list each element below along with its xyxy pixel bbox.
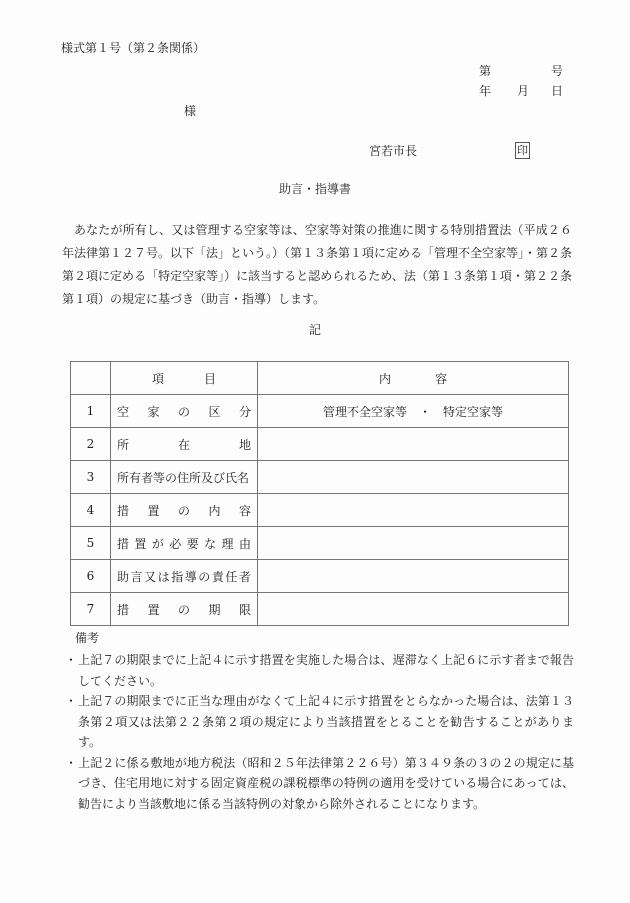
header-content-char: 内 <box>379 370 391 387</box>
item-char: 地 <box>239 436 251 453</box>
ki-heading: 記 <box>0 323 630 337</box>
item-char: 要 <box>187 535 199 552</box>
item-char: 置 <box>147 601 159 618</box>
remarks-list: ・上記７の期限までに上記４に示す措置を実施した場合は、遅滞なく上記６に示す者まで… <box>64 650 574 814</box>
table-header-row: 項 目 内 容 <box>71 362 569 395</box>
bullet-icon: ・ <box>64 691 78 712</box>
header-item-cell: 項 目 <box>111 362 258 395</box>
item-char: 助 <box>117 568 129 585</box>
item-char: の <box>178 403 190 420</box>
item-char: 言 <box>131 568 143 585</box>
table-row: 2 所 在 地 <box>71 428 569 461</box>
row-item: 所有者等の住所及び氏名 <box>111 461 258 494</box>
item-char: 者 <box>239 568 251 585</box>
row-content[interactable]: 管理不全空家等 ・ 特定空家等 <box>258 395 569 428</box>
item-char: 措 <box>117 502 129 519</box>
row-item: 措 置 の 期 限 <box>111 593 258 626</box>
document-number-prefix: 第 <box>479 64 491 78</box>
row-content[interactable] <box>258 428 569 461</box>
header-number-cell <box>71 362 111 395</box>
item-char: 理 <box>222 535 234 552</box>
table-row: 6 助 言 又 は 指 導 の 責 任 者 <box>71 560 569 593</box>
row-content[interactable] <box>258 461 569 494</box>
item-char: 由 <box>239 535 251 552</box>
remark-text: 上記７の期限までに正当な理由がなくて上記４に示す措置をとらなかった場合は、法第１… <box>78 694 574 749</box>
table-row: 5 措 置 が 必 要 な 理 由 <box>71 527 569 560</box>
table-row: 7 措 置 の 期 限 <box>71 593 569 626</box>
row-item: 措 置 の 内 容 <box>111 494 258 527</box>
item-char: 任 <box>225 568 237 585</box>
row-number: 5 <box>71 527 111 560</box>
remark-item: ・上記７の期限までに上記４に示す措置を実施した場合は、遅滞なく上記６に示す者まで… <box>64 650 574 691</box>
row-number: 7 <box>71 593 111 626</box>
body-paragraph: あなたが所有し、又は管理する空家等は、空家等対策の推進に関する特別措置法（平成２… <box>62 219 572 311</box>
info-table: 項 目 内 容 1 空 家 の 区 分 管理不全空家等 ・ 特定空家等 2 <box>70 361 569 626</box>
item-char: 又 <box>144 568 156 585</box>
date-year-label: 年 <box>479 84 491 98</box>
item-char: 所有者等の住所及び氏名 <box>117 469 249 486</box>
item-char: 分 <box>239 403 251 420</box>
item-char: 必 <box>169 535 181 552</box>
row-item: 措 置 が 必 要 な 理 由 <box>111 527 258 560</box>
item-char: の <box>198 568 210 585</box>
header-item-char: 項 <box>152 370 164 387</box>
date-month-label: 月 <box>517 84 529 98</box>
item-char: 措 <box>117 535 129 552</box>
item-char: 期 <box>208 601 220 618</box>
item-char: が <box>152 535 164 552</box>
item-char: 指 <box>171 568 183 585</box>
remark-item: ・上記７の期限までに正当な理由がなくて上記４に示す措置をとらなかった場合は、法第… <box>64 691 574 753</box>
item-char: 区 <box>208 403 220 420</box>
item-char: 在 <box>178 436 190 453</box>
row-number: 6 <box>71 560 111 593</box>
document-number-suffix: 号 <box>551 64 563 78</box>
remark-text: 上記７の期限までに上記４に示す措置を実施した場合は、遅滞なく上記６に示す者まで報… <box>78 653 574 688</box>
item-char: な <box>204 535 216 552</box>
item-char: 内 <box>208 502 220 519</box>
remarks-title: 備考 <box>75 631 99 645</box>
row-content[interactable] <box>258 494 569 527</box>
row-number: 1 <box>71 395 111 428</box>
item-char: 措 <box>117 601 129 618</box>
seal-icon: 印 <box>515 142 530 159</box>
table-row: 4 措 置 の 内 容 <box>71 494 569 527</box>
item-char: の <box>178 502 190 519</box>
document-title: 助言・指導書 <box>0 182 630 196</box>
header-item-char: 目 <box>204 370 216 387</box>
bullet-icon: ・ <box>64 753 78 774</box>
remark-item: ・上記２に係る敷地が地方税法（昭和２５年法律第２２６号）第３４９条の３の２の規定… <box>64 753 574 815</box>
item-char: 空 <box>117 403 129 420</box>
row-content[interactable] <box>258 527 569 560</box>
form-number: 様式第１号（第２条関係） <box>61 41 205 55</box>
issuer-name: 宮若市長 <box>369 144 417 158</box>
row-item: 助 言 又 は 指 導 の 責 任 者 <box>111 560 258 593</box>
row-number: 3 <box>71 461 111 494</box>
remark-text: 上記２に係る敷地が地方税法（昭和２５年法律第２２６号）第３４９条の３の２の規定に… <box>78 756 574 811</box>
date-day-label: 日 <box>551 84 563 98</box>
item-char: の <box>178 601 190 618</box>
item-char: 導 <box>185 568 197 585</box>
item-char: 家 <box>147 403 159 420</box>
item-char: 置 <box>134 535 146 552</box>
item-char: は <box>158 568 170 585</box>
item-char: 所 <box>117 436 129 453</box>
addressee-suffix: 様 <box>184 104 196 118</box>
item-char: 置 <box>147 502 159 519</box>
bullet-icon: ・ <box>64 650 78 671</box>
header-content-char: 容 <box>435 370 447 387</box>
row-item: 所 在 地 <box>111 428 258 461</box>
table-row: 1 空 家 の 区 分 管理不全空家等 ・ 特定空家等 <box>71 395 569 428</box>
row-number: 4 <box>71 494 111 527</box>
item-char: 限 <box>239 601 251 618</box>
row-item: 空 家 の 区 分 <box>111 395 258 428</box>
document-body: あなたが所有し、又は管理する空家等は、空家等対策の推進に関する特別措置法（平成２… <box>62 219 572 311</box>
row-content[interactable] <box>258 560 569 593</box>
item-char: 責 <box>212 568 224 585</box>
row-number: 2 <box>71 428 111 461</box>
row-content[interactable] <box>258 593 569 626</box>
item-char: 容 <box>239 502 251 519</box>
table-row: 3 所有者等の住所及び氏名 <box>71 461 569 494</box>
header-content-cell: 内 容 <box>258 362 569 395</box>
